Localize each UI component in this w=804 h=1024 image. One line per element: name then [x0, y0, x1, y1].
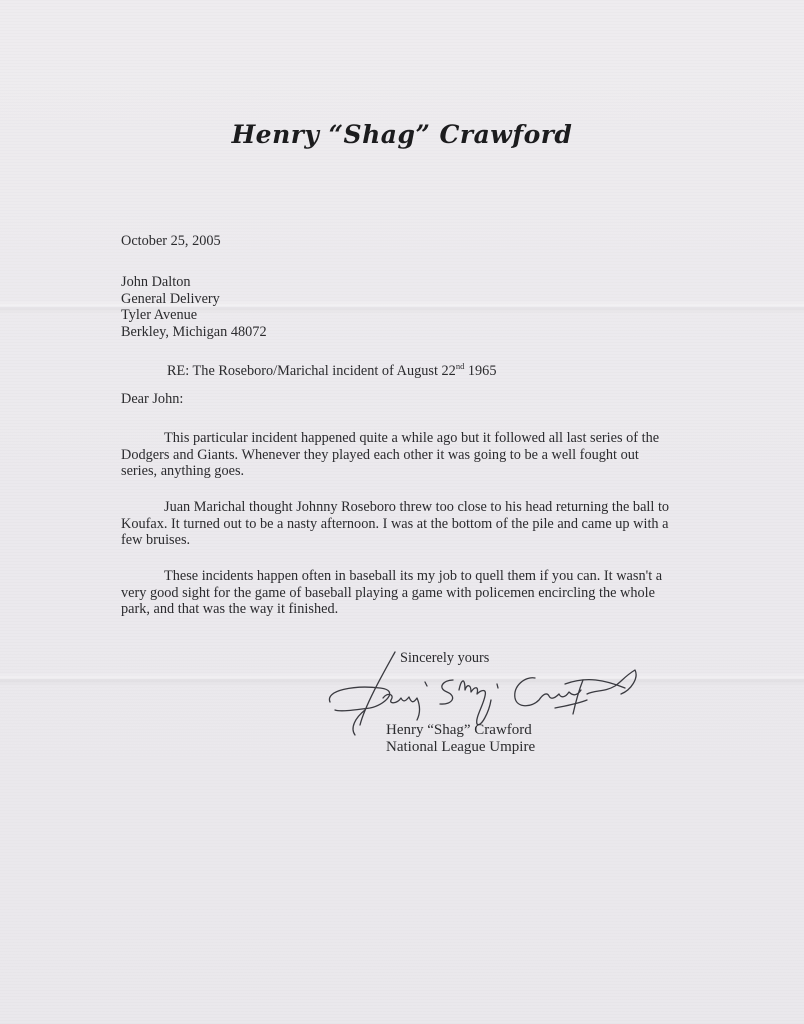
signer-name: Henry “Shag” Crawford [386, 722, 535, 739]
recipient-address: John Dalton General Delivery Tyler Avenu… [121, 274, 267, 340]
paragraph-line: Juan Marichal thought Johnny Roseboro th… [121, 499, 681, 516]
letter-page: Henry “Shag” Crawford October 25, 2005 J… [0, 0, 804, 1024]
recipient-address-line: General Delivery [121, 291, 267, 308]
body-paragraph: These incidents happen often in baseball… [121, 568, 681, 618]
paragraph-line: Koufax. It turned out to be a nasty afte… [121, 516, 681, 533]
subject-line: RE: The Roseboro/Marichal incident of Au… [167, 358, 496, 380]
salutation: Dear John: [121, 391, 183, 408]
paragraph-line: Dodgers and Giants. Whenever they played… [121, 447, 681, 464]
recipient-name: John Dalton [121, 274, 267, 291]
paragraph-line: few bruises. [121, 532, 681, 549]
letter-date: October 25, 2005 [121, 233, 221, 250]
paragraph-line: series, anything goes. [121, 463, 681, 480]
signer-block: Henry “Shag” Crawford National League Um… [386, 722, 535, 756]
body-paragraph: Juan Marichal thought Johnny Roseboro th… [121, 499, 681, 549]
paragraph-line: These incidents happen often in baseball… [121, 568, 681, 585]
paragraph-line: This particular incident happened quite … [121, 430, 681, 447]
paragraph-line: very good sight for the game of baseball… [121, 585, 681, 602]
signer-title: National League Umpire [386, 739, 535, 756]
paragraph-line: park, and that was the way it finished. [121, 601, 681, 618]
recipient-city-line: Berkley, Michigan 48072 [121, 324, 267, 341]
subject-year: 1965 [464, 363, 496, 379]
subject-text: RE: The Roseboro/Marichal incident of Au… [167, 363, 456, 379]
letterhead-name: Henry “Shag” Crawford [0, 120, 804, 149]
body-paragraph: This particular incident happened quite … [121, 430, 681, 480]
recipient-address-line: Tyler Avenue [121, 307, 267, 324]
